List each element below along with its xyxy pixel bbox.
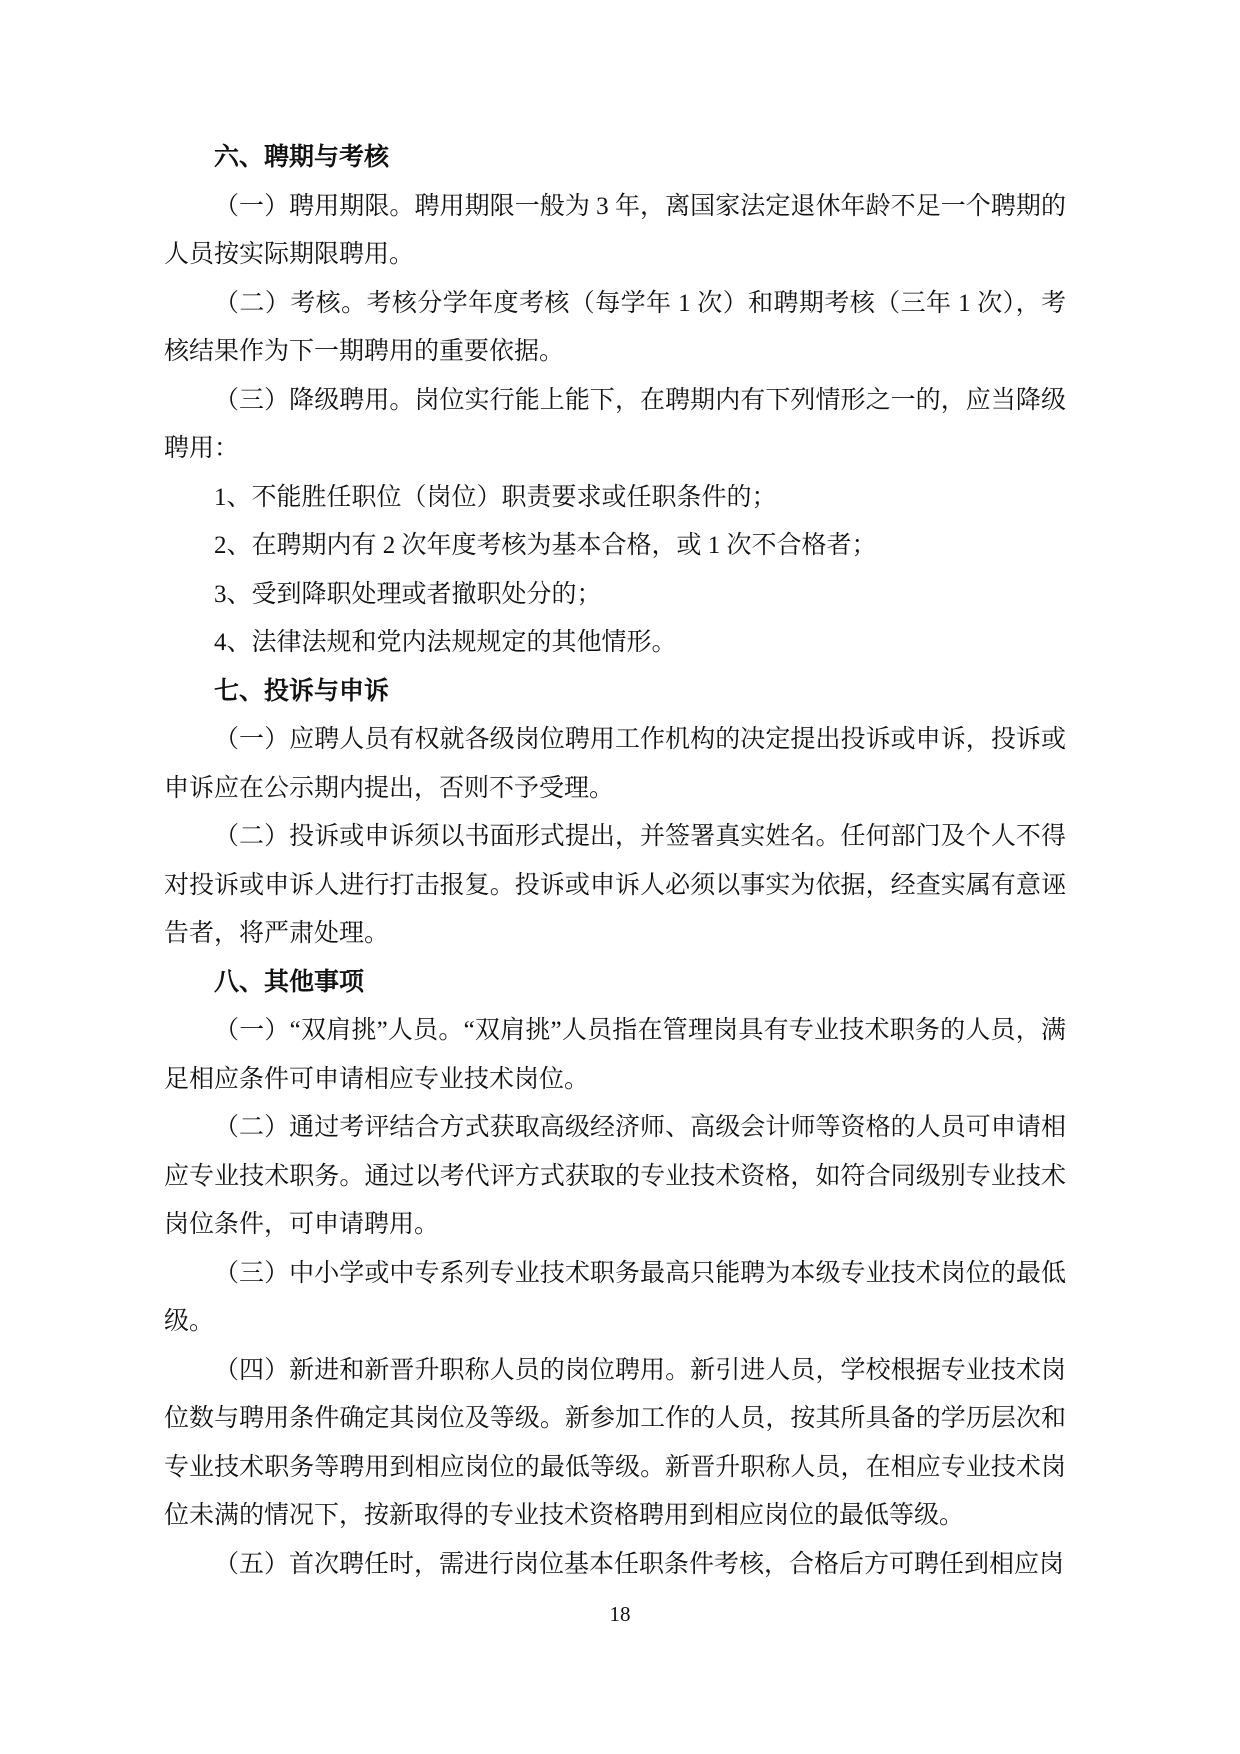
document-body: 六、聘期与考核（一）聘用期限。聘用期限一般为 3 年，离国家法定退休年龄不足一个…	[164, 134, 1066, 1589]
paragraph: （四）新进和新晋升职称人员的岗位聘用。新引进人员，学校根据专业技术岗位数与聘用条…	[164, 1347, 1066, 1541]
paragraph: 4、法律法规和党内法规规定的其他情形。	[164, 619, 1066, 668]
paragraph: （三）中小学或中专系列专业技术职务最高只能聘为本级专业技术岗位的最低级。	[164, 1250, 1066, 1347]
paragraph: （二）投诉或申诉须以书面形式提出，并签署真实姓名。任何部门及个人不得对投诉或申诉…	[164, 813, 1066, 959]
page-number: 18	[610, 1602, 631, 1626]
document-page: 六、聘期与考核（一）聘用期限。聘用期限一般为 3 年，离国家法定退休年龄不足一个…	[0, 0, 1240, 1754]
page-footer: 18	[0, 1601, 1240, 1627]
paragraph: （一）“双肩挑”人员。“双肩挑”人员指在管理岗具有专业技术职务的人员，满足相应条…	[164, 1007, 1066, 1104]
paragraph: 1、不能胜任职位（岗位）职责要求或任职条件的；	[164, 474, 1066, 523]
paragraph: （五）首次聘任时，需进行岗位基本任职条件考核，合格后方可聘任到相应岗	[164, 1541, 1066, 1590]
paragraph: （二）通过考评结合方式获取高级经济师、高级会计师等资格的人员可申请相应专业技术职…	[164, 1104, 1066, 1250]
paragraph: （三）降级聘用。岗位实行能上能下，在聘期内有下列情形之一的，应当降级聘用：	[164, 377, 1066, 474]
section-heading: 六、聘期与考核	[164, 134, 1066, 183]
paragraph: （一）聘用期限。聘用期限一般为 3 年，离国家法定退休年龄不足一个聘期的人员按实…	[164, 183, 1066, 280]
section-heading: 七、投诉与申诉	[164, 668, 1066, 717]
paragraph: 2、在聘期内有 2 次年度考核为基本合格，或 1 次不合格者；	[164, 522, 1066, 571]
paragraph: （二）考核。考核分学年度考核（每学年 1 次）和聘期考核（三年 1 次），考核结…	[164, 280, 1066, 377]
paragraph: 3、受到降职处理或者撤职处分的；	[164, 571, 1066, 620]
section-heading: 八、其他事项	[164, 959, 1066, 1008]
paragraph: （一）应聘人员有权就各级岗位聘用工作机构的决定提出投诉或申诉，投诉或申诉应在公示…	[164, 716, 1066, 813]
